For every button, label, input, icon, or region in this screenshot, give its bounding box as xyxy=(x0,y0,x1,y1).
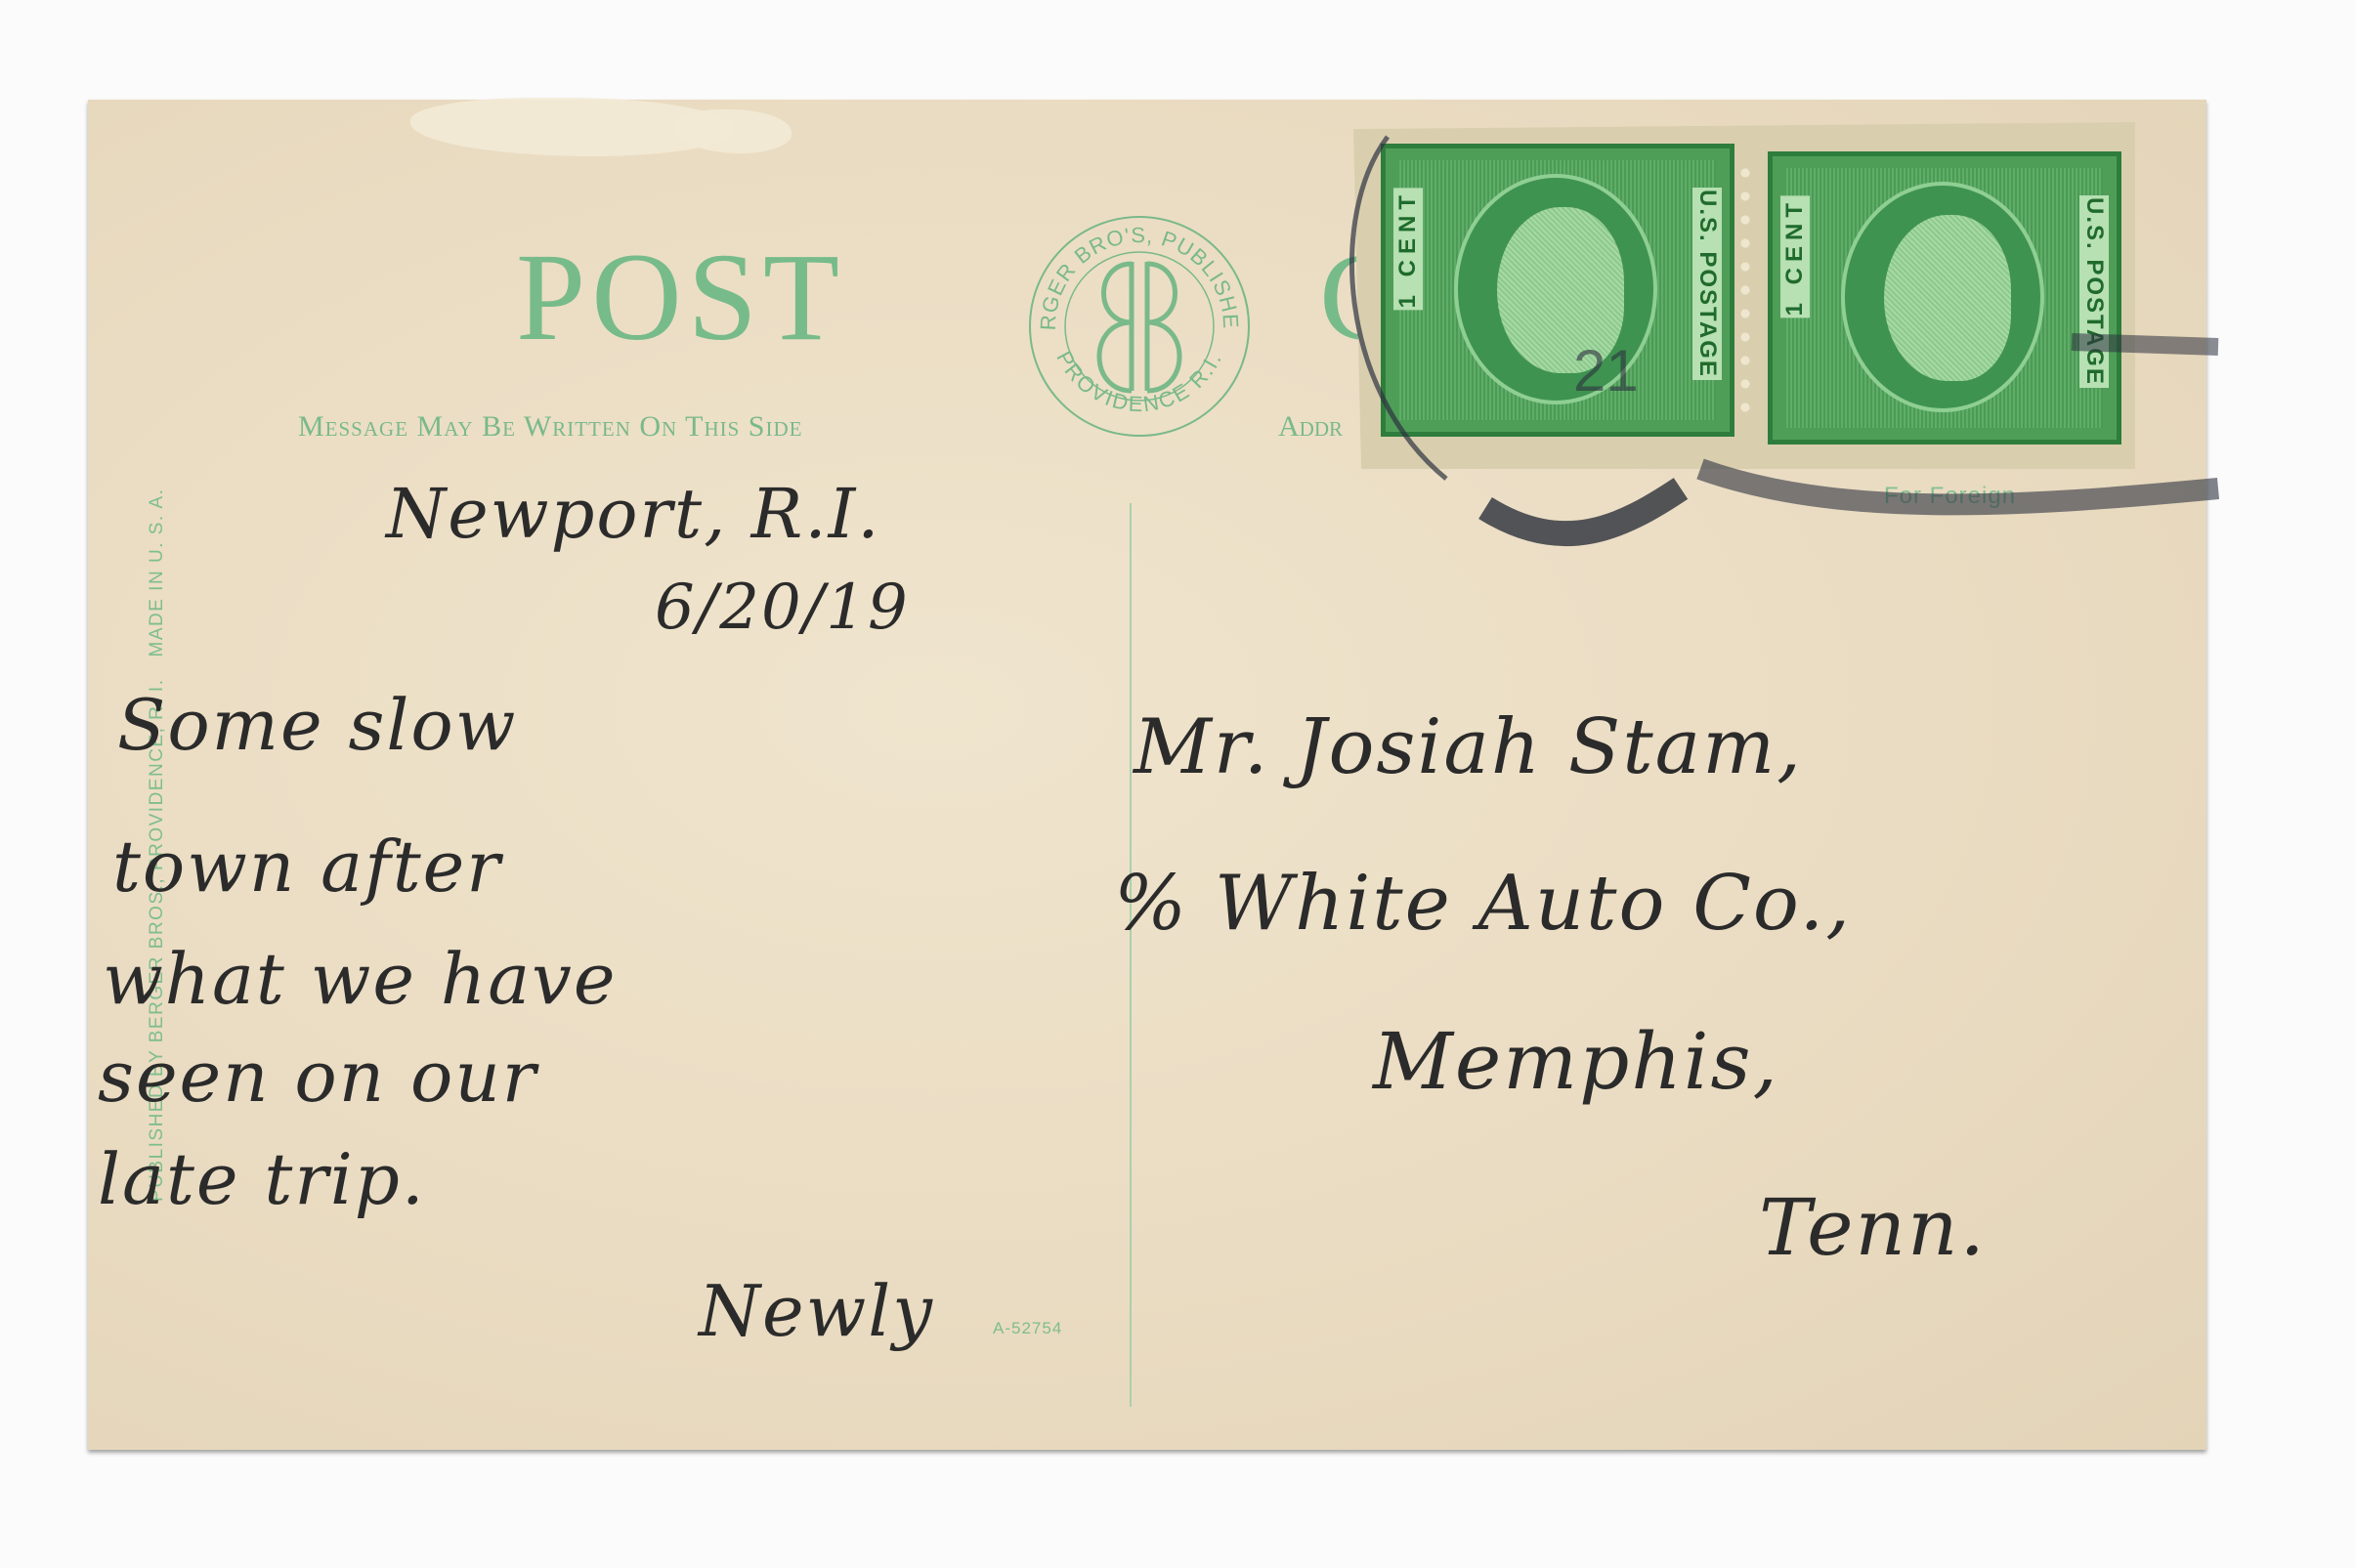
origin-imprint: MADE IN U. S. A. xyxy=(147,488,167,657)
handwritten-place: Newport, R.I. xyxy=(386,474,881,554)
svg-text:PROVIDENCE R.I.: PROVIDENCE R.I. xyxy=(1051,347,1226,416)
publisher-logo-icon: BERGER BRO'S, PUBLISHERS PROVIDENCE R.I. xyxy=(1026,213,1253,440)
signature: Newly xyxy=(699,1270,934,1352)
postmark-cancel-icon: 21 xyxy=(1329,98,2238,567)
center-divider-line xyxy=(1130,503,1132,1407)
address-line: % White Auto Co., xyxy=(1114,860,1852,948)
svg-text:BERGER BRO'S, PUBLISHERS: BERGER BRO'S, PUBLISHERS xyxy=(1026,213,1243,331)
message-line: late trip. xyxy=(98,1138,426,1220)
message-line: what we have xyxy=(103,938,617,1020)
handwritten-date: 6/20/19 xyxy=(655,572,910,644)
message-line: Some slow xyxy=(117,684,517,766)
message-line: seen on our xyxy=(98,1036,537,1118)
post-heading: POST xyxy=(516,234,845,360)
catalog-code: A-52754 xyxy=(993,1319,1062,1338)
message-side-label: Message May Be Written On This Side xyxy=(298,410,802,444)
svg-text:21: 21 xyxy=(1573,338,1639,403)
address-line: Mr. Josiah Stam, xyxy=(1134,703,1803,791)
message-line: town after xyxy=(112,826,502,908)
address-line: Tenn. xyxy=(1759,1182,1987,1273)
address-line: Memphis, xyxy=(1373,1016,1779,1107)
